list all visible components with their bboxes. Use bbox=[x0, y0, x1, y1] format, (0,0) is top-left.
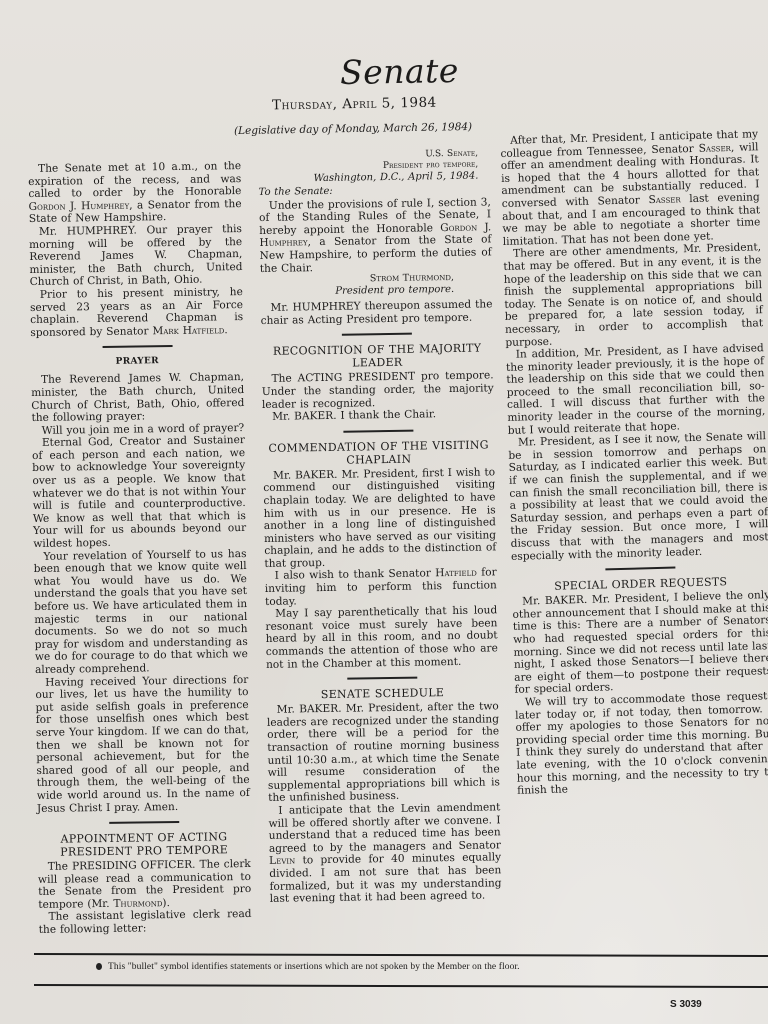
bullet-footnote: This "bullet" symbol identifies statemen… bbox=[96, 962, 520, 972]
clerk-paragraph: The assistant legislative clerk read the… bbox=[38, 908, 251, 936]
humphrey-intro: Mr. HUMPHREY. Our prayer this morning wi… bbox=[29, 223, 243, 289]
letter-header: U.S. Senate, President pro tempore, Wash… bbox=[258, 148, 490, 185]
schedule-paragraph: Mr. BAKER. Mr. President, after the two … bbox=[267, 701, 501, 805]
column-2: U.S. Senate, President pro tempore, Wash… bbox=[258, 148, 502, 905]
opening-paragraph: The Senate met at 10 a.m., on the expira… bbox=[28, 160, 242, 226]
prayer-paragraph: Eternal God, Creator and Sustainer of ea… bbox=[32, 434, 247, 550]
appointment-heading: APPOINTMENT OF ACTING PRESIDENT PRO TEMP… bbox=[37, 830, 250, 859]
masthead: Senate bbox=[0, 52, 768, 91]
commendation-paragraph: I also wish to thank Senator Hatfield fo… bbox=[265, 567, 498, 608]
prayer-heading: PRAYER bbox=[31, 354, 244, 370]
special-order-paragraph: Mr. BAKER. Mr. President, I believe the … bbox=[512, 589, 768, 696]
letter-body: Under the provisions of rule I, section … bbox=[259, 196, 492, 275]
sasser-paragraph: After that, Mr. President, I anticipate … bbox=[500, 128, 761, 248]
reconciliation-paragraph: In addition, Mr. President, as I have ad… bbox=[506, 342, 766, 437]
commendation-paragraph: May I say parenthetically that his loud … bbox=[265, 605, 498, 672]
commendation-paragraph: Mr. BAKER. Mr. President, first I wish t… bbox=[263, 466, 497, 570]
schedule-heading: SENATE SCHEDULE bbox=[266, 686, 498, 703]
session-date: Thursday, April 5, 1984 bbox=[272, 95, 437, 114]
section-divider bbox=[343, 429, 413, 432]
prayer-paragraph: Your revelation of Yourself to us has be… bbox=[33, 548, 248, 677]
page-number: S 3039 bbox=[670, 999, 702, 1010]
session-paragraph: Mr. President, as I see it now, the Sena… bbox=[508, 430, 768, 563]
column-3: After that, Mr. President, I anticipate … bbox=[500, 128, 768, 797]
assumed-chair-paragraph: Mr. HUMPHREY thereupon assumed the chair… bbox=[260, 298, 492, 327]
section-divider bbox=[342, 333, 412, 336]
schedule-paragraph: I anticipate that the Levin amendment wi… bbox=[268, 801, 502, 905]
prayer-paragraph: Having received Your directions for our … bbox=[35, 674, 250, 815]
signature-title: President pro tempore. bbox=[260, 284, 454, 299]
commendation-heading: COMMENDATION OF THE VISITING CHAPLAIN bbox=[263, 438, 495, 468]
section-divider bbox=[347, 677, 417, 680]
page-title: Senate bbox=[339, 51, 459, 92]
recognition-paragraph: The ACTING PRESIDENT pro tempore. Under … bbox=[261, 370, 494, 411]
column-1: The Senate met at 10 a.m., on the expira… bbox=[28, 160, 252, 937]
footnote-text: This "bullet" symbol identifies statemen… bbox=[108, 962, 520, 972]
recognition-heading: RECOGNITION OF THE MAJORITY LEADER bbox=[261, 342, 493, 372]
special-order-paragraph: We will try to accommodate those request… bbox=[515, 690, 768, 797]
prayer-intro: The Reverend James W. Chapman, minister,… bbox=[31, 371, 245, 424]
amendments-paragraph: There are other amendments, Mr. Presiden… bbox=[503, 242, 764, 349]
chapman-bio: Prior to his present ministry, he served… bbox=[30, 286, 244, 339]
letter-signature: Strom Thurmond, President pro tempore. bbox=[260, 271, 492, 298]
section-divider bbox=[102, 345, 172, 348]
section-divider bbox=[109, 821, 179, 824]
recognition-paragraph: Mr. BAKER. I thank the Chair. bbox=[262, 407, 494, 423]
bullet-icon bbox=[96, 963, 102, 970]
letter-date: Washington, D.C., April 5, 1984. bbox=[258, 171, 478, 185]
section-divider bbox=[605, 567, 675, 571]
presiding-officer-paragraph: The PRESIDING OFFICER. The clerk will pl… bbox=[38, 858, 252, 911]
